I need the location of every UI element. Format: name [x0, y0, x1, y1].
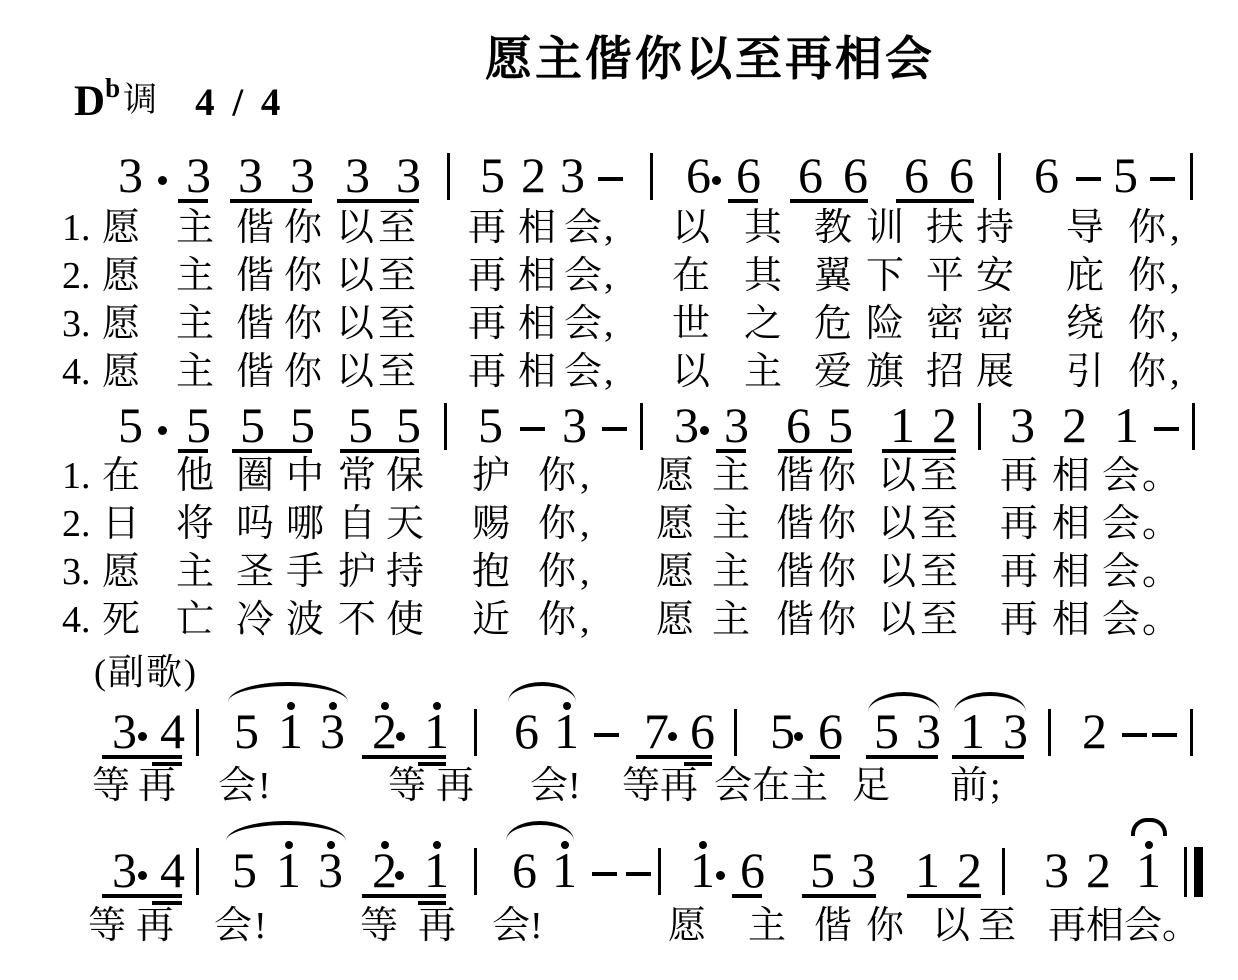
- lyric-char: !: [530, 906, 543, 948]
- lyric-char: 中: [286, 456, 324, 498]
- lyric-char: 以: [672, 208, 710, 250]
- lyric-char: 安: [976, 256, 1014, 298]
- lyric-char: 你: [1128, 208, 1166, 250]
- lyric-char: 导: [1066, 208, 1104, 250]
- lyric-char: 以: [878, 600, 916, 642]
- lyric-char: 不: [338, 600, 376, 642]
- beam-underline: [882, 449, 956, 453]
- lyric-char: 护: [472, 456, 510, 498]
- lyric-char: 至: [378, 304, 416, 346]
- duration-dot: [395, 871, 404, 880]
- duration-dot: [794, 732, 803, 741]
- lyric-char: 会: [564, 304, 602, 346]
- beam-underline: [778, 449, 852, 453]
- duration-dot: [138, 871, 147, 880]
- lyric-char: 将: [176, 504, 214, 546]
- lyric-char: 其: [744, 256, 782, 298]
- lyric-char: 险: [866, 304, 904, 346]
- lyric-char: 以: [932, 906, 970, 948]
- jianpu-note: 3: [724, 400, 749, 450]
- lyric-char: 你: [538, 600, 576, 642]
- jianpu-note: 5: [478, 400, 503, 450]
- lyric-char: 再: [1048, 906, 1086, 948]
- jianpu-note: 5: [874, 706, 899, 756]
- slur-arc: [868, 692, 940, 712]
- dash-note: [592, 872, 617, 876]
- lyric-char: 以: [336, 304, 374, 346]
- lyric-char: 亡: [176, 600, 214, 642]
- lyric-char: 庇: [1066, 256, 1104, 298]
- lyric-char: 主: [176, 256, 214, 298]
- lyric-char: 再: [1000, 456, 1038, 498]
- lyric-char: 2.: [62, 504, 91, 546]
- lyric-char: 至: [920, 456, 958, 498]
- lyric-char: 主: [790, 766, 828, 808]
- lyric-char: 等: [388, 766, 426, 808]
- lyric-char: 4.: [62, 600, 91, 642]
- lyric-char: 你: [1128, 304, 1166, 346]
- jianpu-note: 2: [1062, 400, 1087, 450]
- final-barline: [1184, 847, 1203, 897]
- lyric-char: ,: [580, 600, 590, 642]
- lyric-char: 冷: [236, 600, 274, 642]
- jianpu-note: 3: [851, 845, 876, 895]
- lyric-char: 偕: [236, 304, 274, 346]
- lyric-char: 会: [492, 906, 530, 948]
- barline: [474, 709, 477, 756]
- jianpu-note: 3: [674, 400, 699, 450]
- lyric-char: 密: [926, 304, 964, 346]
- lyric-char: ,: [580, 456, 590, 498]
- lyric-char: 在: [752, 766, 790, 808]
- jianpu-note: 5: [348, 400, 373, 450]
- lyric-char: 再: [418, 906, 456, 948]
- lyric-char: 主: [748, 906, 786, 948]
- lyric-char: 密: [976, 304, 1014, 346]
- lyric-char: 偕: [776, 600, 814, 642]
- jianpu-note: 2: [372, 706, 397, 756]
- lyric-char: 至: [378, 352, 416, 394]
- beam-underline: [636, 755, 712, 759]
- lyric-char: 圈: [236, 456, 274, 498]
- lyric-char: 手: [286, 552, 324, 594]
- barline: [1048, 709, 1051, 756]
- lyric-char: 你: [866, 906, 904, 948]
- lyric-char: 。: [1142, 504, 1180, 546]
- dash-note: [1076, 177, 1101, 181]
- beam-underline: [232, 449, 312, 453]
- lyric-char: 愿: [656, 456, 694, 498]
- beam-underline: [337, 199, 419, 203]
- dash-note: [1152, 733, 1177, 737]
- beam-underline: [952, 755, 1024, 759]
- lyric-char: 等: [622, 766, 660, 808]
- lyric-char: 偕: [236, 208, 274, 250]
- duration-dot: [712, 176, 721, 185]
- lyric-char: 你: [538, 456, 576, 498]
- lyric-char: 以: [336, 208, 374, 250]
- jianpu-note: 1: [552, 845, 577, 895]
- beam-underline: [728, 199, 758, 203]
- slur-arc: [228, 682, 348, 702]
- lyric-char: 再: [468, 352, 506, 394]
- lyric-char: 愿: [656, 600, 694, 642]
- beam-underline: [896, 199, 974, 203]
- lyric-char: 4.: [62, 352, 91, 394]
- lyric-char: ,: [580, 504, 590, 546]
- lyric-char: 你: [284, 352, 322, 394]
- slur-arc: [508, 682, 576, 702]
- lyric-char: 持: [386, 552, 424, 594]
- jianpu-note: 3: [562, 400, 587, 450]
- beam-underline: [810, 755, 840, 759]
- lyric-char: ,: [580, 552, 590, 594]
- song-title: 愿主偕你以至再相会: [485, 22, 935, 89]
- dash-note: [594, 733, 619, 737]
- barline: [196, 848, 199, 895]
- lyric-char: 引: [1066, 352, 1104, 394]
- lyric-char: 偕: [776, 504, 814, 546]
- beam-underline: [178, 449, 208, 453]
- lyric-char: 偕: [236, 256, 274, 298]
- beam-underline: [907, 894, 981, 898]
- jianpu-note: 1: [276, 845, 301, 895]
- lyric-char: 再: [136, 906, 174, 948]
- lyric-char: 天: [386, 504, 424, 546]
- jianpu-note: 2: [1082, 706, 1107, 756]
- jianpu-note: 1: [554, 706, 579, 756]
- jianpu-note: 1: [278, 706, 303, 756]
- lyric-char: 主: [712, 456, 750, 498]
- barline: [196, 709, 199, 756]
- lyric-char: 再: [138, 766, 176, 808]
- jianpu-note: 5: [396, 400, 421, 450]
- barline: [444, 403, 447, 450]
- lyric-char: 你: [284, 208, 322, 250]
- lyric-char: 愿: [102, 208, 140, 250]
- lyric-char: 相: [1052, 456, 1090, 498]
- flat-accidental: b: [105, 73, 120, 103]
- lyric-char: 以: [672, 352, 710, 394]
- lyric-char: ,: [1170, 256, 1180, 298]
- jianpu-note: 3: [186, 150, 211, 200]
- lyric-char: ,: [604, 304, 614, 346]
- slur-arc: [954, 692, 1026, 712]
- lyric-char: 会: [214, 906, 252, 948]
- lyric-char: 波: [286, 600, 324, 642]
- lyric-char: 会: [530, 766, 568, 808]
- lyric-char: 再: [468, 256, 506, 298]
- lyric-char: 翼: [814, 256, 852, 298]
- jianpu-note: 3: [290, 150, 315, 200]
- lyric-char: 相: [1052, 552, 1090, 594]
- lyric-char: 再: [1000, 600, 1038, 642]
- lyric-char: 下: [866, 256, 904, 298]
- beam-underline: [102, 894, 182, 898]
- lyric-char: ,: [604, 208, 614, 250]
- lyric-char: 之: [744, 304, 782, 346]
- jianpu-note: 6: [512, 845, 537, 895]
- lyric-char: 相: [1052, 504, 1090, 546]
- jianpu-note: 6: [736, 150, 761, 200]
- jianpu-note: 6: [1034, 150, 1059, 200]
- lyric-char: 主: [176, 352, 214, 394]
- duration-dot: [158, 426, 167, 435]
- lyric-char: 主: [176, 552, 214, 594]
- lyric-char: ,: [1170, 352, 1180, 394]
- jianpu-note: 1: [424, 845, 449, 895]
- beam-underline: [732, 894, 762, 898]
- lyric-char: 你: [1128, 352, 1166, 394]
- lyric-char: 会: [218, 766, 256, 808]
- lyric-char: 绕: [1066, 304, 1104, 346]
- lyric-char: 吗: [236, 504, 274, 546]
- lyric-char: 主: [744, 352, 782, 394]
- beam-underline: [866, 755, 938, 759]
- lyric-char: 再: [660, 766, 698, 808]
- beam-underline: [340, 449, 419, 453]
- jianpu-note: 3: [345, 150, 370, 200]
- jianpu-note: 2: [521, 150, 546, 200]
- lyric-char: ,: [604, 256, 614, 298]
- sheet-music-page: 愿主偕你以至再相会 Db调4 / 4 (副歌) 3333335236666666…: [0, 0, 1238, 980]
- lyric-char: 愿: [656, 504, 694, 546]
- lyric-char: 愿: [102, 352, 140, 394]
- jianpu-note: 3: [320, 706, 345, 756]
- lyric-char: 。: [1142, 600, 1180, 642]
- lyric-char: 至: [920, 600, 958, 642]
- jianpu-note: 6: [843, 150, 868, 200]
- jianpu-note: 3: [396, 150, 421, 200]
- lyric-char: 会: [1124, 906, 1162, 948]
- lyric-char: 会: [1102, 504, 1140, 546]
- beam-underline: [178, 199, 208, 203]
- lyric-char: 再: [468, 304, 506, 346]
- duration-dot: [158, 176, 167, 185]
- refrain-label: (副歌): [94, 644, 198, 695]
- lyric-char: 以: [336, 352, 374, 394]
- duration-dot: [668, 732, 677, 741]
- lyric-char: 训: [866, 208, 904, 250]
- dash-note: [1122, 733, 1147, 737]
- lyric-char: 展: [976, 352, 1014, 394]
- lyric-char: 你: [538, 504, 576, 546]
- lyric-char: 再: [1000, 504, 1038, 546]
- key-word: 调: [123, 82, 157, 119]
- lyric-char: 会: [714, 766, 752, 808]
- lyric-char: 相: [1052, 600, 1090, 642]
- lyric-char: 保: [386, 456, 424, 498]
- lyric-char: ,: [1170, 304, 1180, 346]
- barline: [1192, 403, 1195, 450]
- lyric-char: 招: [926, 352, 964, 394]
- lyric-char: 相: [518, 304, 556, 346]
- barline: [474, 848, 477, 895]
- lyric-char: 愿: [102, 256, 140, 298]
- jianpu-note: 6: [949, 150, 974, 200]
- lyric-char: 再: [436, 766, 474, 808]
- jianpu-note: 3: [1010, 400, 1035, 450]
- lyric-char: !: [568, 766, 581, 808]
- lyric-char: 愿: [668, 906, 706, 948]
- lyric-char: 再: [468, 208, 506, 250]
- jianpu-note: 3: [1044, 845, 1069, 895]
- lyric-char: 常: [338, 456, 376, 498]
- dash-note: [1154, 427, 1179, 431]
- lyric-char: 偕: [776, 456, 814, 498]
- lyric-char: 。: [1142, 456, 1180, 498]
- slur-arc: [506, 821, 574, 841]
- dash-note: [602, 427, 627, 431]
- slur-arc: [226, 821, 346, 841]
- jianpu-note: 1: [915, 845, 940, 895]
- lyric-char: 其: [744, 208, 782, 250]
- jianpu-note: 2: [957, 845, 982, 895]
- jianpu-note: 1: [960, 706, 985, 756]
- barline: [734, 709, 737, 756]
- lyric-char: 哪: [286, 504, 324, 546]
- jianpu-note: 6: [904, 150, 929, 200]
- lyric-char: 前: [950, 766, 988, 808]
- barline: [998, 153, 1001, 200]
- lyric-char: 1.: [62, 208, 91, 250]
- lyric-char: 使: [386, 600, 424, 642]
- lyric-char: 以: [878, 456, 916, 498]
- lyric-char: 以: [336, 256, 374, 298]
- lyric-char: 愿: [102, 304, 140, 346]
- lyric-char: 至: [920, 552, 958, 594]
- jianpu-note: 6: [798, 150, 823, 200]
- lyric-char: 持: [976, 208, 1014, 250]
- lyric-char: 赐: [472, 504, 510, 546]
- lyric-char: 自: [338, 504, 376, 546]
- lyric-char: 3.: [62, 304, 91, 346]
- jianpu-note: 3: [112, 845, 137, 895]
- lyric-char: 日: [102, 504, 140, 546]
- key-root: D: [74, 78, 105, 125]
- dash-note: [1150, 177, 1175, 181]
- lyric-char: 主: [176, 304, 214, 346]
- jianpu-note: 2: [1086, 845, 1111, 895]
- key-signature: Db调4 / 4: [74, 72, 284, 126]
- jianpu-note: 1: [424, 706, 449, 756]
- lyric-char: 主: [712, 504, 750, 546]
- dash-note: [520, 427, 545, 431]
- lyric-char: 旗: [866, 352, 904, 394]
- lyric-char: 足: [852, 766, 890, 808]
- lyric-char: 相: [518, 256, 556, 298]
- lyric-char: 主: [176, 208, 214, 250]
- barline: [1190, 153, 1193, 200]
- lyric-char: 至: [920, 504, 958, 546]
- lyric-char: 以: [878, 552, 916, 594]
- lyric-char: 。: [1142, 552, 1180, 594]
- lyric-char: 教: [814, 208, 852, 250]
- duration-dot: [716, 871, 725, 880]
- lyric-char: 2.: [62, 256, 91, 298]
- lyric-char: 你: [818, 600, 856, 642]
- barline: [640, 403, 643, 450]
- jianpu-note: 1: [1136, 845, 1161, 895]
- jianpu-note: 6: [514, 706, 539, 756]
- lyric-char: 你: [284, 304, 322, 346]
- beam-underline: [802, 894, 876, 898]
- lyric-char: 愿: [102, 552, 140, 594]
- dash-note: [626, 872, 651, 876]
- lyric-char: 护: [338, 552, 376, 594]
- lyric-char: 你: [818, 504, 856, 546]
- lyric-char: !: [254, 906, 267, 948]
- lyric-char: 平: [926, 256, 964, 298]
- lyric-char: 偕: [814, 906, 852, 948]
- lyric-char: 在: [672, 256, 710, 298]
- jianpu-note: 3: [560, 150, 585, 200]
- barline: [1002, 848, 1005, 895]
- jianpu-note: 1: [890, 400, 915, 450]
- jianpu-note: 5: [232, 845, 257, 895]
- jianpu-note: 5: [290, 400, 315, 450]
- lyric-char: ;: [990, 766, 1001, 808]
- jianpu-note: 6: [686, 150, 711, 200]
- lyric-char: 主: [712, 600, 750, 642]
- jianpu-note: 3: [118, 150, 143, 200]
- lyric-char: 你: [538, 552, 576, 594]
- jianpu-note: 5: [810, 845, 835, 895]
- lyric-char: 爱: [814, 352, 852, 394]
- duration-dot: [138, 732, 147, 741]
- lyric-char: 世: [672, 304, 710, 346]
- lyric-char: 会: [564, 256, 602, 298]
- lyric-char: 他: [176, 456, 214, 498]
- jianpu-note: 1: [690, 845, 715, 895]
- lyric-char: 你: [284, 256, 322, 298]
- beam-underline: [362, 894, 446, 898]
- lyric-char: 相: [1086, 906, 1124, 948]
- lyric-char: ,: [1170, 208, 1180, 250]
- jianpu-note: 7: [644, 706, 669, 756]
- lyric-char: 你: [818, 552, 856, 594]
- beam-underline: [230, 199, 312, 203]
- jianpu-note: 2: [932, 400, 957, 450]
- barline: [650, 153, 653, 200]
- jianpu-note: 6: [690, 706, 715, 756]
- barline: [1190, 709, 1193, 756]
- jianpu-note: 3: [1003, 706, 1028, 756]
- barline: [978, 403, 981, 450]
- lyric-char: 偕: [236, 352, 274, 394]
- lyric-char: 抱: [472, 552, 510, 594]
- jianpu-note: 3: [238, 150, 263, 200]
- lyric-char: 1.: [62, 456, 91, 498]
- lyric-char: !: [258, 766, 271, 808]
- jianpu-note: 2: [372, 845, 397, 895]
- jianpu-note: 1: [1114, 400, 1139, 450]
- jianpu-note: 3: [318, 845, 343, 895]
- jianpu-note: 4: [160, 706, 185, 756]
- lyric-char: 危: [814, 304, 852, 346]
- lyric-char: 再: [1000, 552, 1038, 594]
- lyric-char: 。: [1162, 906, 1200, 948]
- duration-dot: [700, 426, 709, 435]
- jianpu-note: 6: [818, 706, 843, 756]
- lyric-char: 以: [878, 504, 916, 546]
- lyric-char: 你: [1128, 256, 1166, 298]
- lyric-char: 3.: [62, 552, 91, 594]
- jianpu-note: 5: [186, 400, 211, 450]
- jianpu-note: 3: [112, 706, 137, 756]
- lyric-char: 死: [102, 600, 140, 642]
- lyric-char: 会: [564, 352, 602, 394]
